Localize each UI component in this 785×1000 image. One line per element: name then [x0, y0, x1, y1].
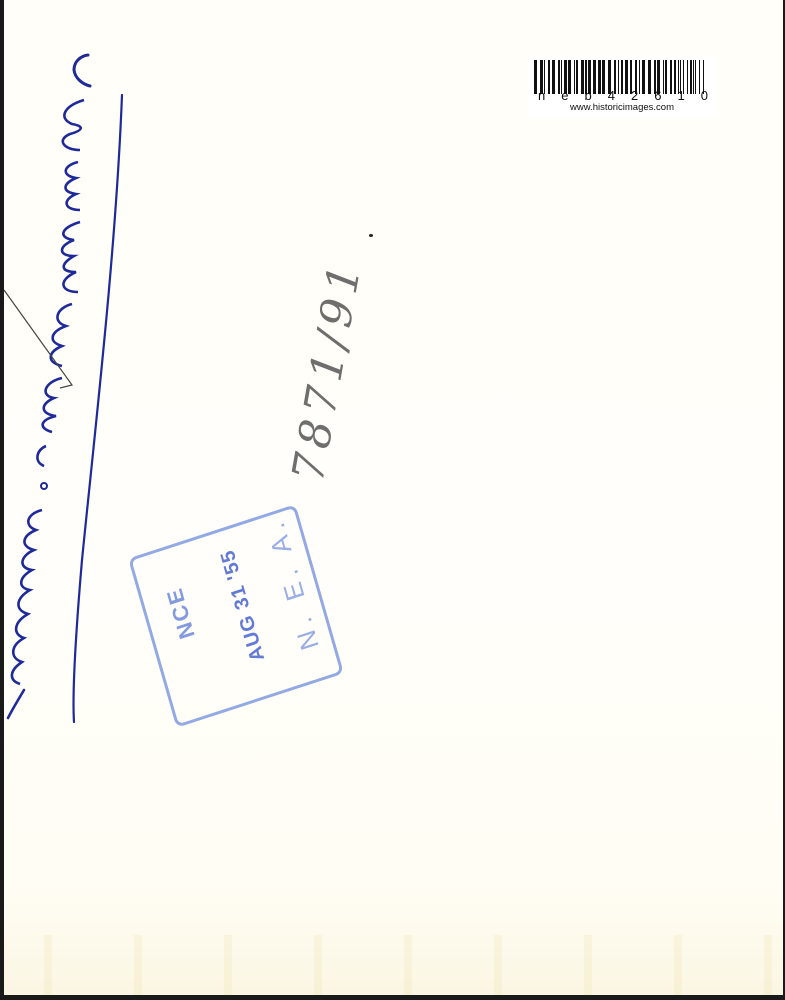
barcode-char: 0: [701, 88, 708, 103]
photo-back-paper: [4, 0, 783, 995]
barcode-sticker: n e b 4 2 6 1 0 www.historicimages.com: [528, 56, 718, 118]
barcode-char: 2: [631, 88, 638, 103]
barcode-char: 6: [654, 88, 661, 103]
barcode-digits: n e b 4 2 6 1 0: [538, 88, 708, 103]
stamp-label: NCE: [153, 556, 208, 670]
stamp-date: AUG 31 '55: [218, 551, 270, 664]
barcode-char: 1: [678, 88, 685, 103]
barcode-char: b: [585, 88, 592, 103]
barcode-url: www.historicimages.com: [570, 102, 674, 113]
barcode-char: e: [561, 88, 568, 103]
paper-speck: [369, 234, 373, 237]
barcode-char: n: [538, 88, 545, 103]
barcode-char: 4: [608, 88, 615, 103]
